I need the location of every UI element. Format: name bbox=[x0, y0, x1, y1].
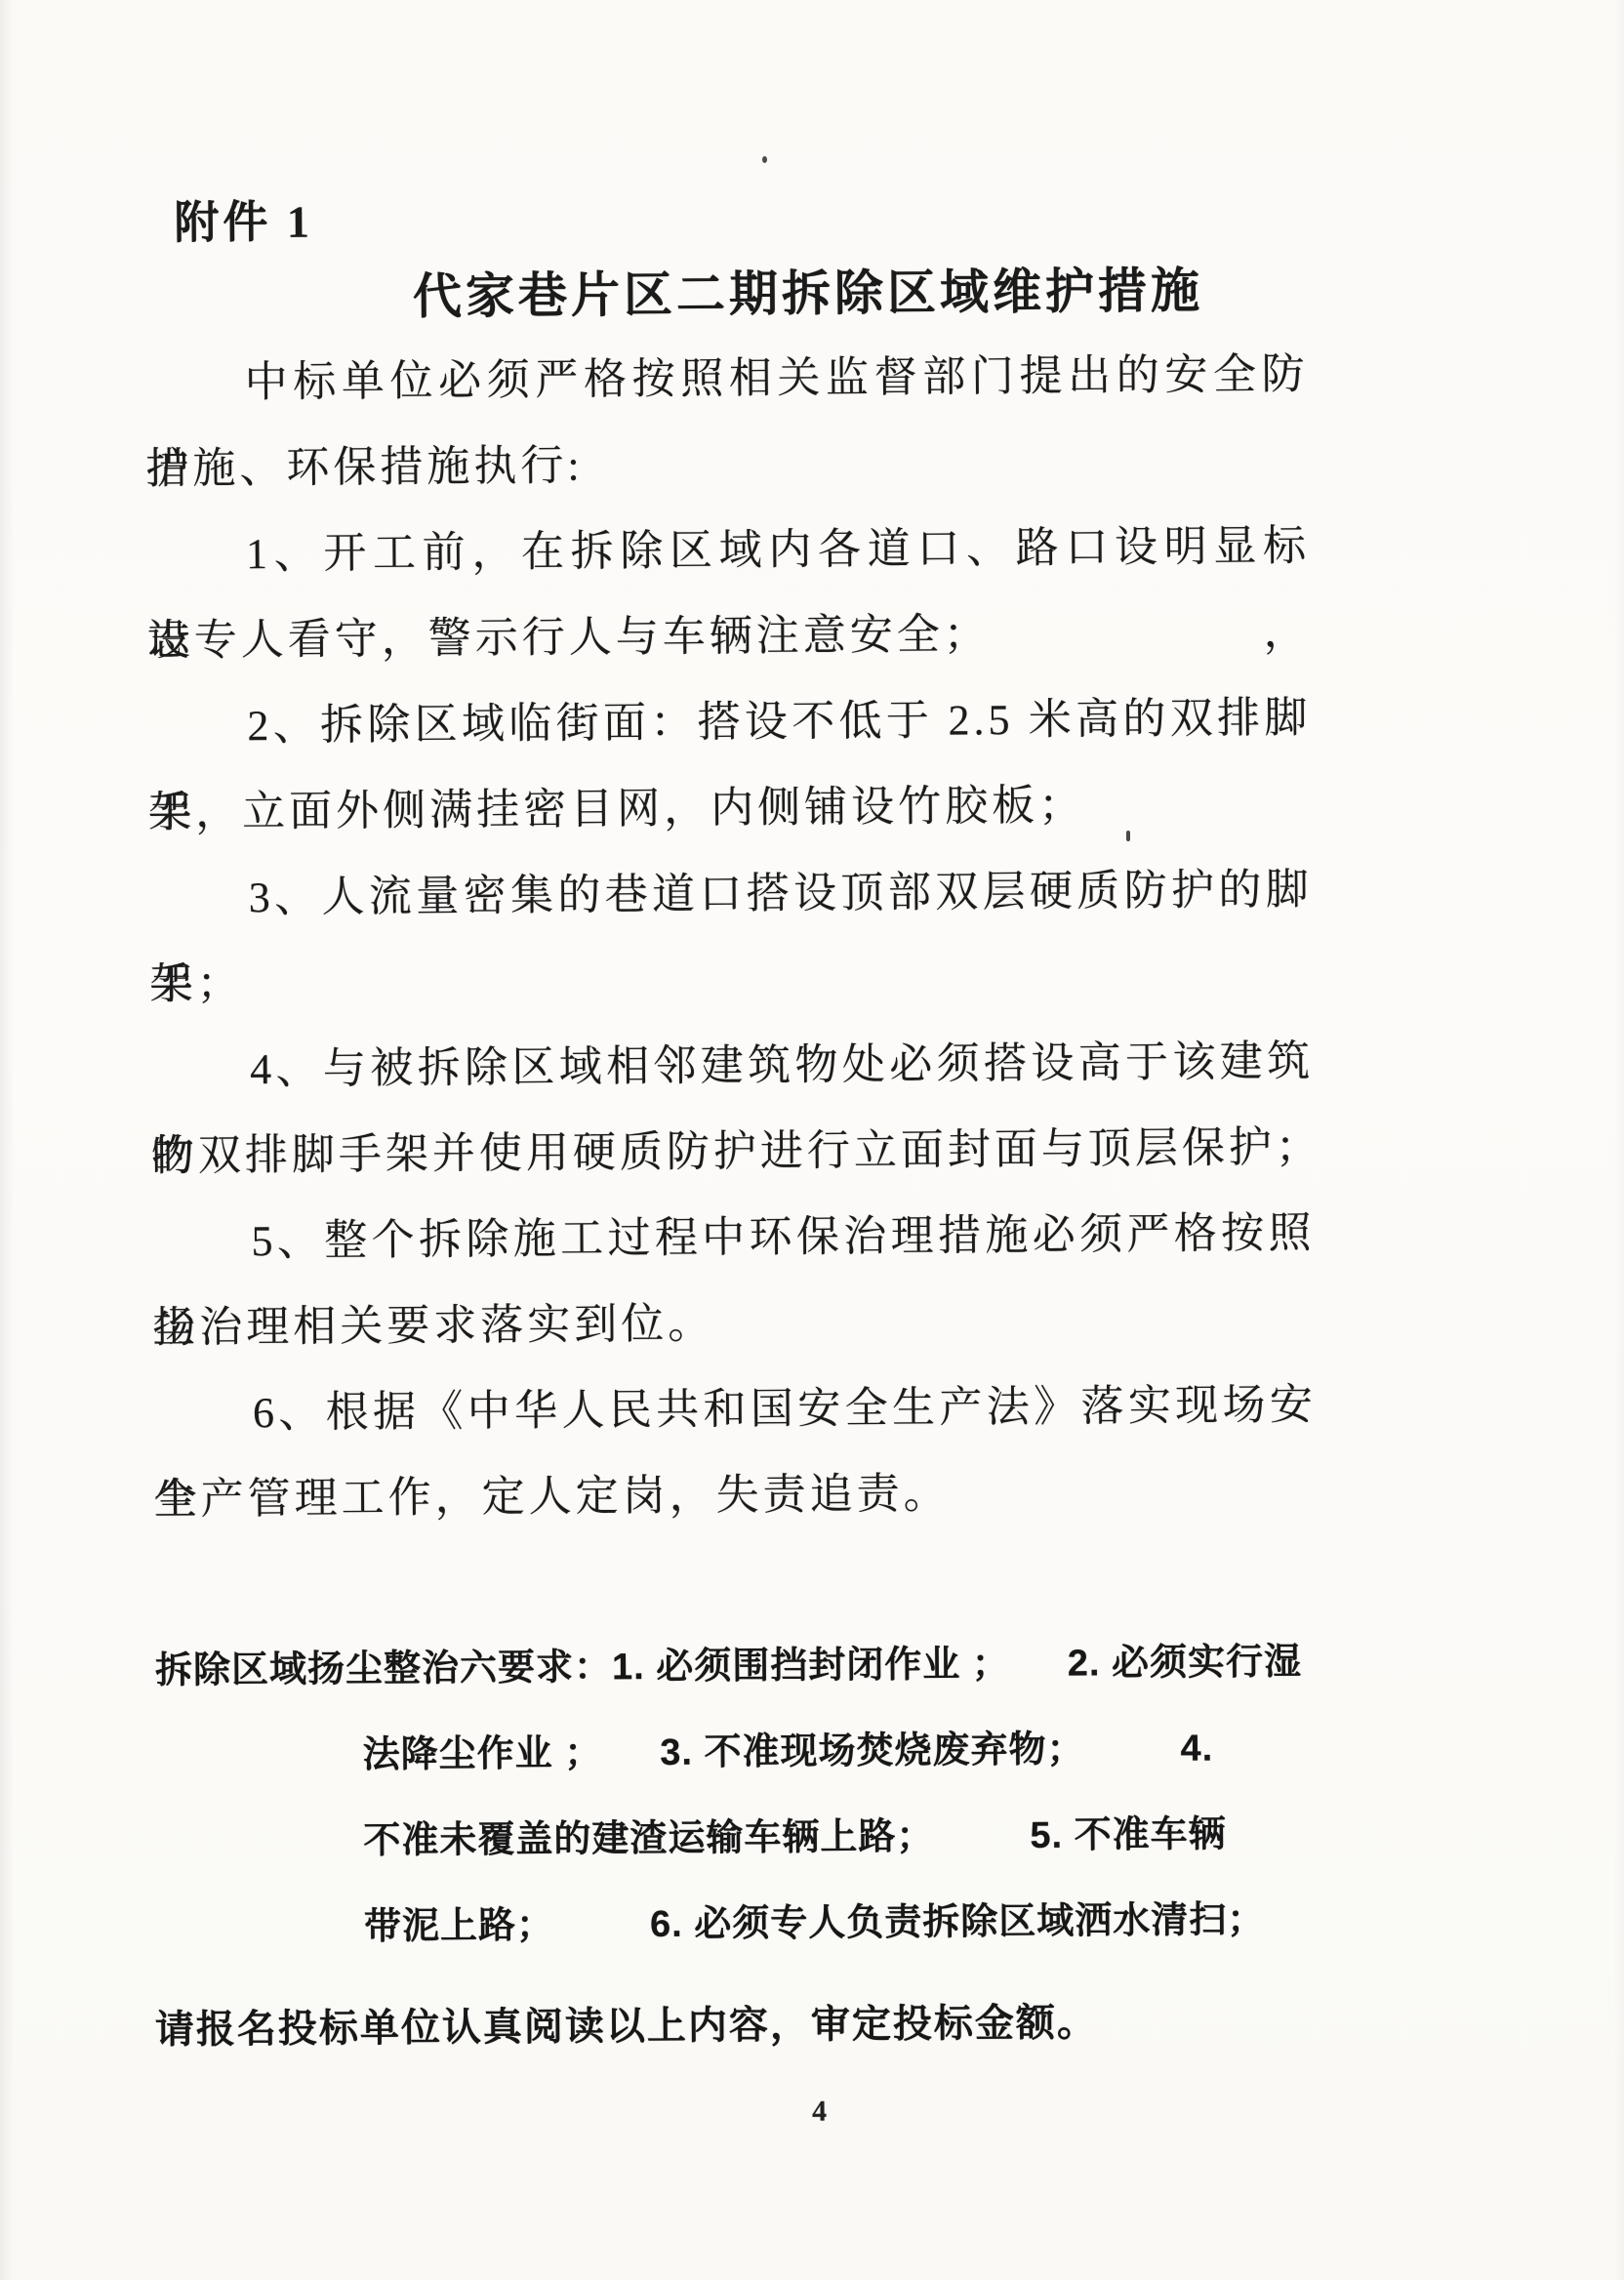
page-number: 4 bbox=[7, 2089, 1624, 2135]
body-line: 2、拆除区域临街面：搭设不低于 2.5 米高的双排脚手 bbox=[147, 675, 1312, 770]
closing-line: 请报名投标单位认真阅读以上内容，审定投标金额。 bbox=[155, 1977, 1376, 2073]
body-line: 架，立面外侧满挂密目网，内侧铺设竹胶板； bbox=[148, 761, 1313, 856]
notice-line: 拆除区域扬尘整治六要求：1. 必须围挡封闭作业 ； 2. 必须实行湿 bbox=[155, 1619, 1327, 1714]
body-line: 措施、环保措施执行: bbox=[145, 418, 1310, 512]
body-line: 6、根据《中华人民共和国安全生产法》落实现场安全 bbox=[153, 1363, 1318, 1457]
body-line: 中标单位必须严格按照相关监督部门提出的安全防护 bbox=[144, 332, 1309, 427]
body-line: 1、开工前，在拆除区域内各道口、路口设明显标志， bbox=[146, 504, 1311, 598]
notice-line: 法降尘作业 ； 3. 不准现场焚烧废弃物； 4. bbox=[155, 1705, 1327, 1800]
scanned-document-page: 附件 1 代家巷片区二期拆除区域维护措施 中标单位必须严格按照相关监督部门提出的… bbox=[0, 0, 1624, 2280]
body-paragraphs: 中标单位必须严格按照相关监督部门提出的安全防护 措施、环保措施执行: 1、开工前… bbox=[144, 332, 1318, 1543]
dust-control-notice: 拆除区域扬尘整治六要求：1. 必须围挡封闭作业 ； 2. 必须实行湿 法降尘作业… bbox=[155, 1619, 1329, 1972]
scan-speck bbox=[1126, 831, 1130, 841]
body-line: 生产管理工作，定人定岗，失责追责。 bbox=[153, 1448, 1318, 1543]
body-line: 尘治理相关要求落实到位。 bbox=[152, 1277, 1317, 1371]
scan-speck bbox=[762, 156, 767, 163]
body-line: 的双排脚手架并使用硬质防护进行立面封面与顶层保护； bbox=[151, 1105, 1316, 1200]
document-title: 代家巷片区二期拆除区域维护措施 bbox=[413, 252, 1204, 328]
body-line: 4、与被拆除区域相邻建筑物处必须搭设高于该建筑物 bbox=[150, 1019, 1315, 1114]
notice-line: 不准未覆盖的建渣运输车辆上路； 5. 不准车辆 bbox=[156, 1791, 1328, 1886]
body-line: 架； bbox=[149, 933, 1314, 1028]
body-line: 5、整个拆除施工过程中环保治理措施必须严格按照扬 bbox=[151, 1191, 1316, 1285]
document-content: 附件 1 代家巷片区二期拆除区域维护措施 中标单位必须严格按照相关监督部门提出的… bbox=[0, 0, 1624, 2280]
body-line: 3、人流量密集的巷道口搭设顶部双层硬质防护的脚手 bbox=[148, 847, 1313, 942]
attachment-label: 附件 1 bbox=[174, 186, 313, 252]
notice-line: 带泥上路； 6. 必须专人负责拆除区域洒水清扫； bbox=[157, 1877, 1329, 1972]
